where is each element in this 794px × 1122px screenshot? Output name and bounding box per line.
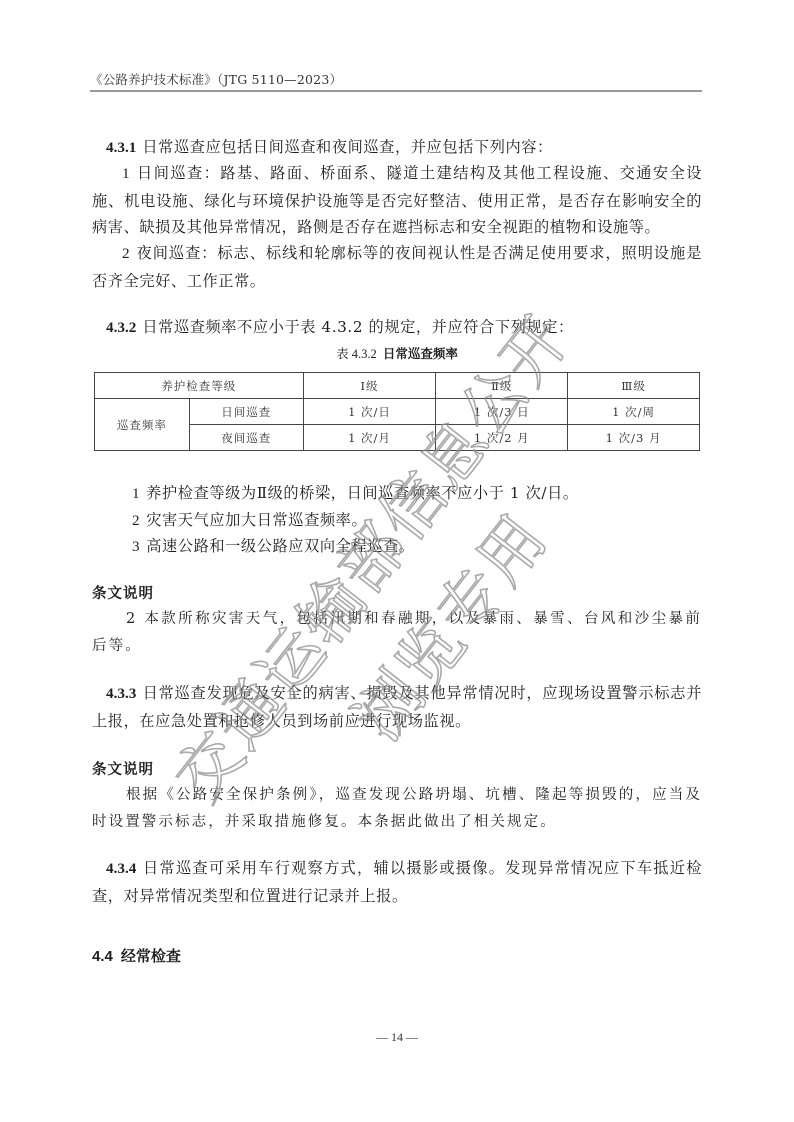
header-cell-level-3: Ⅲ级 <box>568 373 700 399</box>
clause-4-3-2-item-1: 1养护检查等级为Ⅱ级的桥梁，日间巡查频率不应小于 1 次/日。 <box>132 482 579 503</box>
table-cell: 1 次/周 <box>568 399 700 425</box>
clause-text: 日常巡查频率不应小于表 4.3.2 的规定，并应符合下列规定： <box>142 318 573 336</box>
explanation-title: 条文说明 <box>92 758 154 779</box>
clause-4-3-2-item-2: 2灾害天气应加大日常巡查频率。 <box>132 509 367 530</box>
item-number: 1 <box>122 165 130 182</box>
table-cell: 1 次/3 月 <box>568 425 700 451</box>
row-label-day: 日间巡查 <box>189 399 303 425</box>
clause-text: 日常巡查发现危及安全的病害、损毁及其他异常情况时，应现场设置警示标志并上报，在应… <box>92 684 702 730</box>
table-title: 日常巡查频率 <box>383 346 458 361</box>
table-number: 表 4.3.2 <box>336 347 377 361</box>
running-header: 《公路养护技术标准》（JTG 5110—2023） <box>90 70 342 88</box>
clause-number: 4.3.3 <box>106 685 136 702</box>
clause-4-3-1-item-1: 1日间巡查：路基、路面、桥面系、隧道土建结构及其他工程设施、交通安全设施、机电设… <box>92 160 702 241</box>
table-row: 巡查频率 日间巡查 1 次/日 1 次/3 日 1 次/周 <box>95 399 700 425</box>
item-number: 3 <box>132 538 140 555</box>
clause-number: 4.3.2 <box>106 319 136 336</box>
item-text: 高速公路和一级公路应双向全程巡查。 <box>146 537 414 555</box>
clause-number: 4.3.4 <box>106 860 136 877</box>
header-cell-level-2: Ⅱ级 <box>436 373 568 399</box>
clause-text: 日常巡查可采用车行观察方式，辅以摄影或摄像。发现异常情况应下车抵近检查，对异常情… <box>92 859 702 905</box>
header-divider <box>90 90 702 92</box>
table-cell: 1 次/3 日 <box>436 399 568 425</box>
clause-4-3-4: 4.3.4日常巡查可采用车行观察方式，辅以摄影或摄像。发现异常情况应下车抵近检查… <box>92 855 702 909</box>
section-number: 4.4 <box>92 948 113 965</box>
section-heading-4-4: 4.4经常检查 <box>92 945 181 966</box>
item-text: 养护检查等级为Ⅱ级的桥梁，日间巡查频率不应小于 1 次/日。 <box>146 484 578 502</box>
clause-4-3-2-item-3: 3高速公路和一级公路应双向全程巡查。 <box>132 535 415 556</box>
section-title: 经常检查 <box>121 947 181 965</box>
page-number: — 14 — <box>0 1030 794 1045</box>
table-cell: 1 次/日 <box>303 399 436 425</box>
table-caption: 表 4.3.2日常巡查频率 <box>0 344 794 362</box>
explanation-title: 条文说明 <box>92 582 154 603</box>
clause-number: 4.3.1 <box>106 139 136 156</box>
table-cell: 1 次/月 <box>303 425 436 451</box>
clause-4-3-2: 4.3.2日常巡查频率不应小于表 4.3.2 的规定，并应符合下列规定： <box>92 314 702 342</box>
clause-4-3-1-item-2: 2夜间巡查：标志、标线和轮廓标等的夜间视认性是否满足使用要求，照明设施是否齐全完… <box>92 240 702 294</box>
item-number: 2 <box>122 245 130 262</box>
explanation-text: 根据《公路安全保护条例》，巡查发现公路坍塌、坑槽、隆起等损毁的，应当及时设置警示… <box>92 782 702 836</box>
row-label-night: 夜间巡查 <box>189 425 303 451</box>
clause-4-3-3: 4.3.3日常巡查发现危及安全的病害、损毁及其他异常情况时，应现场设置警示标志并… <box>92 680 702 734</box>
explanation-text: 2 本款所称灾害天气，包括汛期和春融期，以及暴雨、暴雪、台风和沙尘暴前后等。 <box>92 606 702 660</box>
item-number: 1 <box>132 485 140 502</box>
clause-4-3-1: 4.3.1日常巡查应包括日间巡查和夜间巡查，并应包括下列内容： <box>92 134 702 162</box>
item-text: 日间巡查：路基、路面、桥面系、隧道土建结构及其他工程设施、交通安全设施、机电设施… <box>92 164 702 236</box>
clause-text: 日常巡查应包括日间巡查和夜间巡查，并应包括下列内容： <box>142 138 552 156</box>
item-text: 夜间巡查：标志、标线和轮廓标等的夜间视认性是否满足使用要求，照明设施是否齐全完好… <box>92 244 702 290</box>
header-cell-level-1: Ⅰ级 <box>303 373 436 399</box>
patrol-frequency-table: 养护检查等级 Ⅰ级 Ⅱ级 Ⅲ级 巡查频率 日间巡查 1 次/日 1 次/3 日 … <box>94 372 700 451</box>
table-cell: 1 次/2 月 <box>436 425 568 451</box>
group-cell-frequency: 巡查频率 <box>95 399 190 451</box>
item-text: 灾害天气应加大日常巡查频率。 <box>146 511 367 529</box>
header-cell-grade: 养护检查等级 <box>95 373 304 399</box>
table-header-row: 养护检查等级 Ⅰ级 Ⅱ级 Ⅲ级 <box>95 373 700 399</box>
item-number: 2 <box>132 512 140 529</box>
